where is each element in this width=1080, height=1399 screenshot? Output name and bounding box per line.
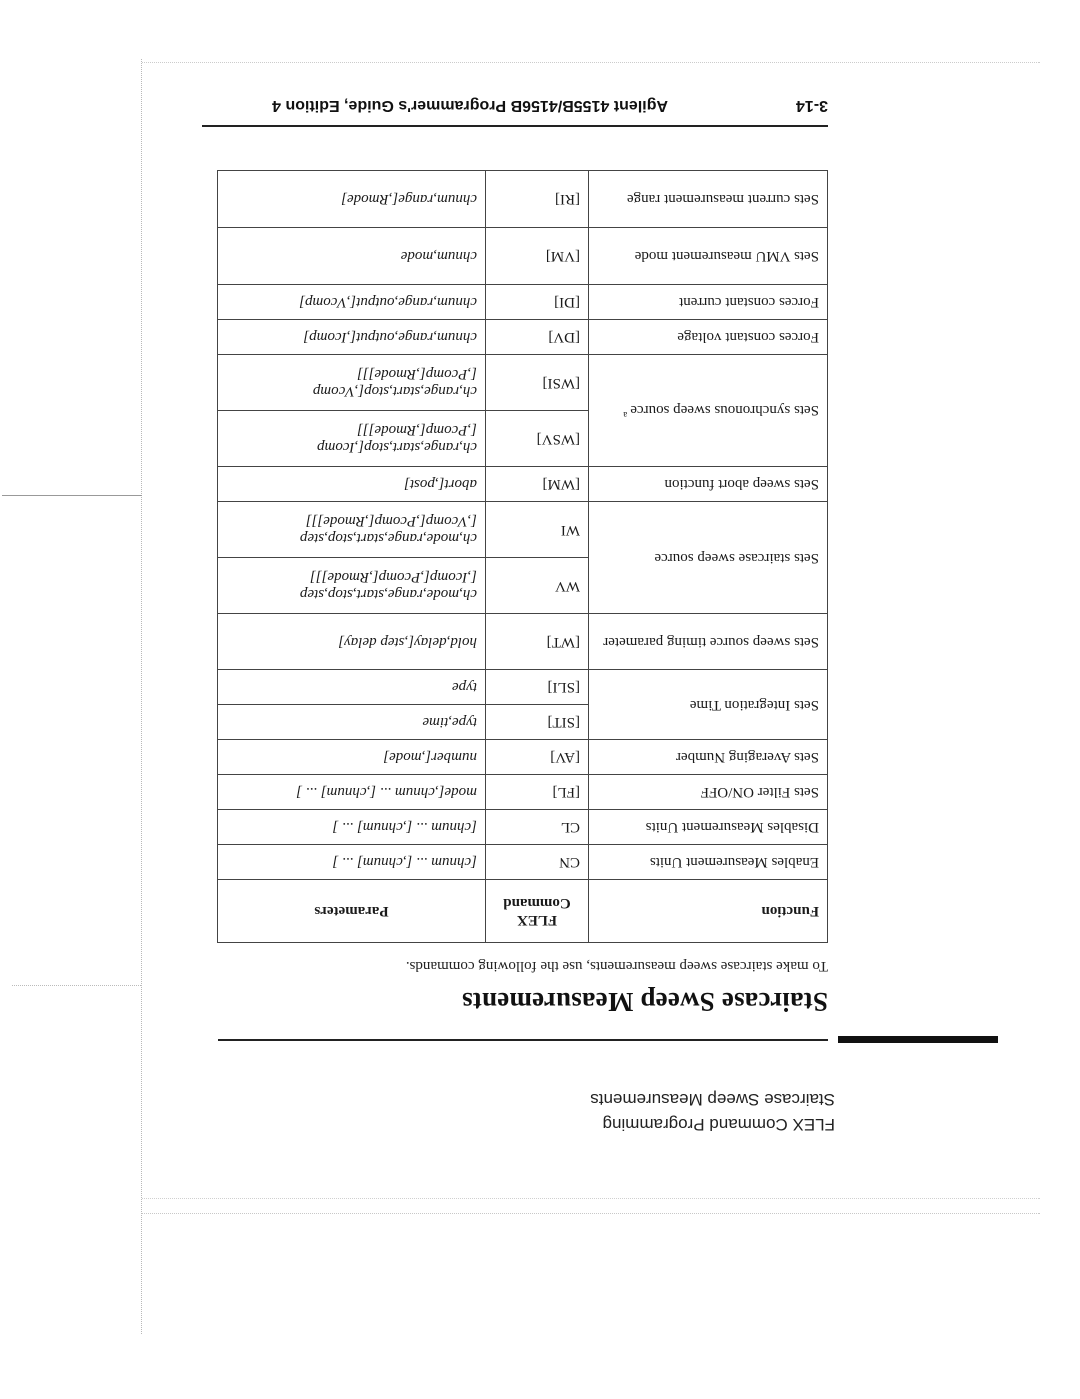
cell-function: Sets Filter ON/OFF — [589, 775, 828, 810]
cell-command: CL — [486, 810, 589, 845]
cell-command: [SIT] — [486, 705, 589, 740]
cell-command: [WT] — [486, 614, 589, 670]
table-header-row: Function FLEX Command Parameters — [218, 880, 828, 943]
cell-function: Sets Integration Time — [589, 670, 828, 740]
cell-function: Enables Measurement Units — [589, 845, 828, 880]
cell-parameters: ch,range,start,stop[,Vcomp [,Pcomp[,Rmod… — [218, 355, 486, 411]
cell-function: Forces constant voltage — [589, 320, 828, 355]
cell-parameters: abort[,post] — [218, 467, 486, 502]
cell-command: [WSV] — [486, 411, 589, 467]
table-row: Sets sweep abort function [WM] abort[,po… — [218, 467, 828, 502]
section-marker-bar — [838, 1036, 998, 1043]
table-row: Sets current measurement range [RI] chnu… — [218, 171, 828, 228]
page-number: 3-14 — [796, 96, 828, 114]
cell-command: [DI] — [486, 285, 589, 320]
cell-command: [WM] — [486, 467, 589, 502]
cell-parameters: [chnum ... [,chnum] ... ] — [218, 845, 486, 880]
scan-edge-mid-solid — [2, 495, 142, 496]
cell-parameters: [chnum ... [,chnum] ... ] — [218, 810, 486, 845]
table-row: Forces constant voltage [DV] chnum,range… — [218, 320, 828, 355]
cell-function: Sets staircase sweep source — [589, 502, 828, 614]
cell-parameters: ch,range,start,stop[,Icomp [,Pcomp[,Rmod… — [218, 411, 486, 467]
cell-parameters: mode[,chnum ... [,chnum] ... ] — [218, 775, 486, 810]
cell-parameters: type — [218, 670, 486, 705]
header-function: Function — [589, 880, 828, 943]
cell-parameters: type,time — [218, 705, 486, 740]
scanned-page-rotated: FLEX Command Programming Staircase Sweep… — [0, 0, 1080, 1399]
table-row: Sets staircase sweep source WV ch,mode,r… — [218, 558, 828, 614]
cell-command: [AV] — [486, 740, 589, 775]
scan-edge-top — [142, 1213, 1040, 1214]
cell-command: [SLI] — [486, 670, 589, 705]
scan-edge-bottom — [142, 62, 1040, 63]
scan-edge-vertical — [141, 59, 142, 1334]
page-title: Staircase Sweep Measurements — [462, 986, 828, 1017]
table-row: Sets synchronous sweep sourcea [WSV] ch,… — [218, 411, 828, 467]
cell-command: [WSI] — [486, 355, 589, 411]
breadcrumb-chapter: FLEX Command Programming — [590, 1112, 835, 1137]
title-rule — [218, 1039, 828, 1041]
cell-command: [DV] — [486, 320, 589, 355]
cell-command: [VM] — [486, 228, 589, 285]
cell-command: WV — [486, 558, 589, 614]
cell-function: Forces constant current — [589, 285, 828, 320]
footnote-marker: a — [623, 410, 627, 420]
guide-title: Agilent 4155B/4156B Programmer's Guide, … — [272, 96, 668, 114]
cell-parameters: chnum,range[,Rmode] — [218, 171, 486, 228]
scan-edge-top-secondary — [142, 1198, 1040, 1199]
cell-parameters: chnum,range,output[,Icomp] — [218, 320, 486, 355]
cell-command: [FL] — [486, 775, 589, 810]
table-row: Forces constant current [DI] chnum,range… — [218, 285, 828, 320]
cell-function: Sets Averaging Number — [589, 740, 828, 775]
cell-function: Sets sweep abort function — [589, 467, 828, 502]
cell-function: Sets sweep source timing parameter — [589, 614, 828, 670]
header-parameters: Parameters — [218, 880, 486, 943]
table-row: Sets Filter ON/OFF [FL] mode[,chnum ... … — [218, 775, 828, 810]
cell-parameters: chnum,range,output[,Vcomp] — [218, 285, 486, 320]
cell-parameters: ch,mode,range,start,stop,step [,Vcomp[,P… — [218, 502, 486, 558]
cell-parameters: hold,delay[,step delay] — [218, 614, 486, 670]
table-row: Enables Measurement Units CN [chnum ... … — [218, 845, 828, 880]
cell-command: [RI] — [486, 171, 589, 228]
cell-parameters: chnum,mode — [218, 228, 486, 285]
table-row: Disables Measurement Units CL [chnum ...… — [218, 810, 828, 845]
cell-function: Sets synchronous sweep sourcea — [589, 355, 828, 467]
header-flex-command: FLEX Command — [486, 880, 589, 943]
cell-command: WI — [486, 502, 589, 558]
intro-paragraph: To make staircase sweep measurements, us… — [406, 957, 828, 974]
cell-function: Sets VMU measurement mode — [589, 228, 828, 285]
cell-command: CN — [486, 845, 589, 880]
table-row: Sets Integration Time [SIT] type,time — [218, 705, 828, 740]
table-row: Sets sweep source timing parameter [WT] … — [218, 614, 828, 670]
footer-rule — [202, 125, 828, 127]
scan-edge-mid — [12, 985, 142, 986]
cell-parameters: number[,mode] — [218, 740, 486, 775]
cell-function: Sets current measurement range — [589, 171, 828, 228]
cell-parameters: ch,mode,range,start,stop,step [,Icomp[,P… — [218, 558, 486, 614]
command-table: Function FLEX Command Parameters Enables… — [217, 170, 828, 943]
cell-function: Disables Measurement Units — [589, 810, 828, 845]
table-row: Sets VMU measurement mode [VM] chnum,mod… — [218, 228, 828, 285]
breadcrumb: FLEX Command Programming Staircase Sweep… — [590, 1087, 835, 1137]
breadcrumb-section: Staircase Sweep Measurements — [590, 1087, 835, 1112]
table-row: Sets Averaging Number [AV] number[,mode] — [218, 740, 828, 775]
